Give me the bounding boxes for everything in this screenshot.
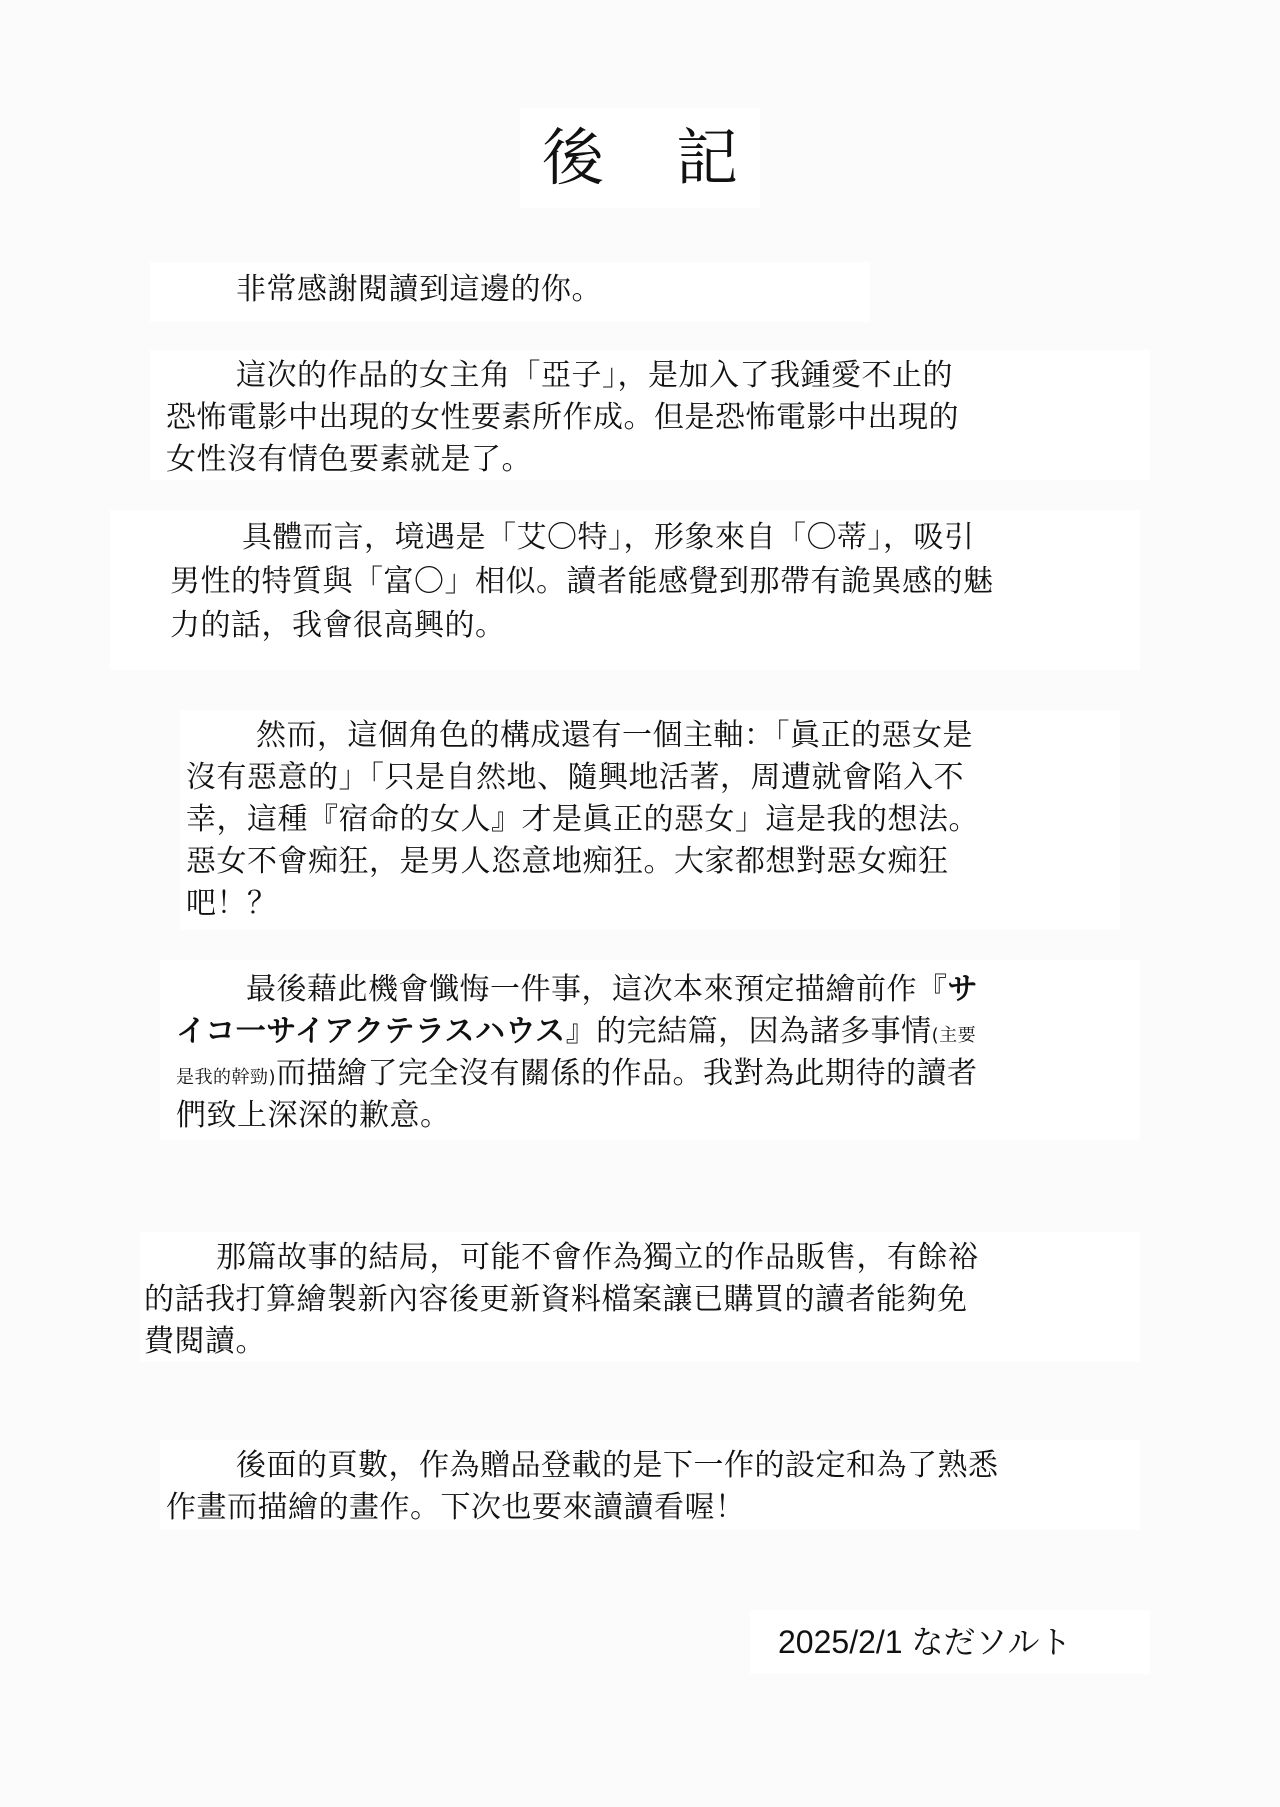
- signature-date: 2025/2/1: [778, 1624, 903, 1660]
- signature: 2025/2/1 なだソルト: [778, 1620, 1071, 1664]
- afterword-page: 後記 非常感謝閱讀到這邊的你。 這次的作品的女主角「亞子」，是加入了我鍾愛不止的…: [0, 0, 1280, 1807]
- text-run: 』的完結篇，因為諸多事情: [566, 1014, 932, 1049]
- work-title-run: イコ一サイアクテラスハウス: [176, 1014, 566, 1049]
- paragraph-line: 的話我打算繪製新內容後更新資料檔案讓已購買的讀者能夠免: [144, 1280, 968, 1320]
- work-title-run: サ: [948, 972, 979, 1007]
- paragraph-line: 幸，這種『宿命的女人』才是眞正的惡女」這是我的想法。: [186, 800, 979, 840]
- aside-note-run: (主要: [932, 1025, 977, 1046]
- paragraph-line: 惡女不會痴狂，是男人恣意地痴狂。大家都想對惡女痴狂: [186, 842, 949, 882]
- paragraph-line: 後面的頁數，作為贈品登載的是下一作的設定和為了熟悉: [236, 1446, 999, 1486]
- paragraph-line: 那篇故事的結局，可能不會作為獨立的作品販售，有餘裕: [216, 1238, 979, 1278]
- signature-author: なだソルト: [911, 1624, 1071, 1660]
- paragraph-line: 吧！？: [186, 884, 278, 924]
- title-char-2: 記: [676, 118, 738, 198]
- paragraph-line: 女性沒有情色要素就是了。: [166, 440, 532, 480]
- page-title: 後記: [0, 118, 1280, 198]
- paragraph-line: 沒有惡意的」「只是自然地、隨興地活著，周遭就會陷入不: [186, 758, 964, 798]
- title-char-1: 後: [542, 118, 604, 198]
- paragraph-line: 男性的特質與「富〇」相似。讀者能感覺到那帶有詭異感的魅: [170, 562, 994, 602]
- paragraph-line: 們致上深深的歉意。: [176, 1096, 451, 1136]
- paragraph-line: 具體而言，境遇是「艾〇特」，形象來自「〇蒂」，吸引: [242, 518, 975, 558]
- paragraph-line: 作畫而描繪的畫作。下次也要來讀讀看喔！: [166, 1488, 746, 1528]
- paragraph-line: 費閱讀。: [144, 1322, 266, 1362]
- text-run: 最後藉此機會懺悔一件事，這次本來預定描繪前作『: [246, 972, 948, 1007]
- paragraph-line: 力的話，我會很高興的。: [170, 606, 506, 646]
- paragraph-line: 是我的幹勁)而描繪了完全沒有關係的作品。我對為此期待的讀者: [176, 1054, 978, 1098]
- paragraph-line: 這次的作品的女主角「亞子」，是加入了我鍾愛不止的: [236, 356, 953, 396]
- paragraph-line: 恐怖電影中出現的女性要素所作成。但是恐怖電影中出現的: [166, 398, 959, 438]
- paragraph-line: イコ一サイアクテラスハウス』的完結篇，因為諸多事情(主要: [176, 1012, 976, 1056]
- paragraph-line: 最後藉此機會懺悔一件事，這次本來預定描繪前作『サ: [246, 970, 978, 1010]
- paragraph-line: 非常感謝閱讀到這邊的你。: [236, 270, 602, 310]
- paragraph-line: 然而，這個角色的構成還有一個主軸：「眞正的惡女是: [256, 716, 973, 756]
- aside-note-run: 是我的幹勁): [176, 1067, 276, 1088]
- text-run: 而描繪了完全沒有關係的作品。我對為此期待的讀者: [276, 1056, 978, 1091]
